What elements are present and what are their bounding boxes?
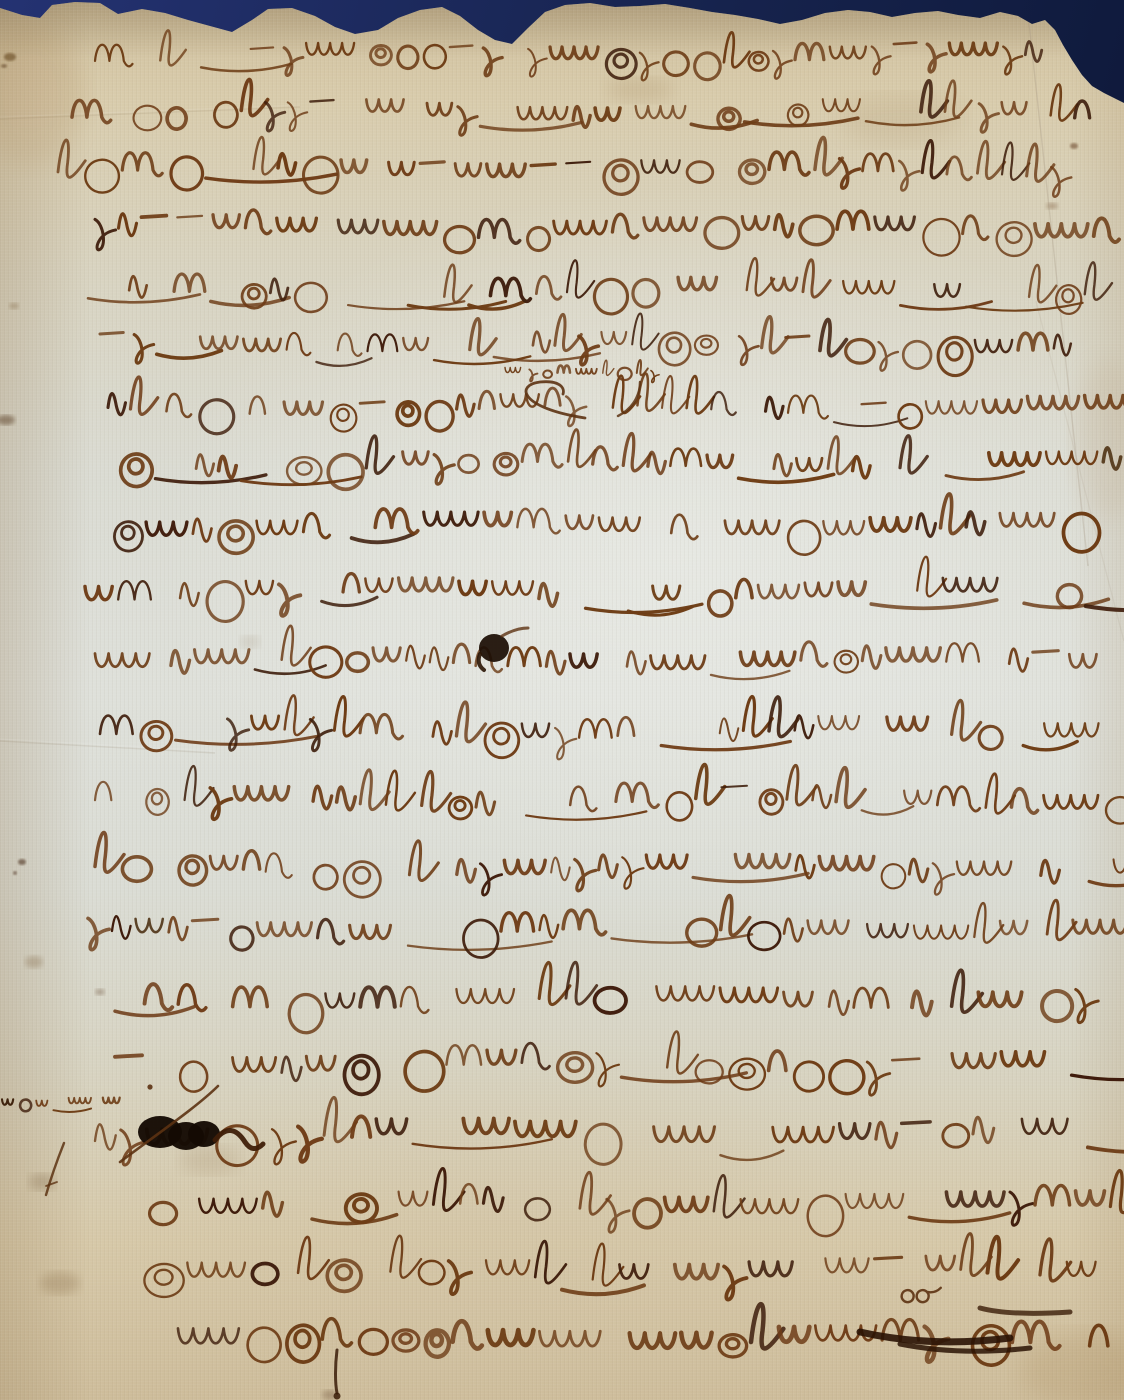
handwritten-line <box>85 557 1124 622</box>
stain-spot <box>1046 203 1058 209</box>
stain-spot <box>9 303 19 309</box>
handwritten-line <box>88 896 1124 958</box>
photo-backdrop <box>0 0 1124 1400</box>
ink-mark-stroke <box>502 628 528 636</box>
ink-mark-stroke <box>526 382 585 418</box>
handwritten-line <box>114 494 1099 555</box>
handwritten-line <box>95 210 1119 256</box>
handwritten-line <box>115 1031 1124 1095</box>
handwritten-line <box>144 1234 1095 1300</box>
stain-spot <box>840 95 960 145</box>
handwritten-line <box>95 832 1124 897</box>
left-margin-annotation <box>2 1098 120 1112</box>
stain-spot <box>0 415 15 425</box>
handwritten-line <box>115 962 1098 1033</box>
handwritten-line <box>121 429 1121 489</box>
handwritten-line <box>88 258 1112 314</box>
stain-spot <box>40 1272 80 1294</box>
ink-mark-stroke <box>336 1350 338 1393</box>
stain-spot <box>13 871 17 875</box>
stain-spot <box>240 636 260 648</box>
handwriting-ink-layer <box>0 0 1124 1400</box>
handwritten-line <box>100 695 1099 759</box>
margin-note-dot <box>147 1084 152 1089</box>
handwritten-line <box>95 626 1096 679</box>
handwritten-text-block <box>2 30 1124 1365</box>
black-ink-blot <box>188 1121 220 1147</box>
stain-spot <box>18 859 26 865</box>
stain-spot <box>25 956 43 968</box>
crease-shadow <box>0 741 215 753</box>
handwritten-line <box>95 30 1042 80</box>
stain-spot <box>180 1146 240 1174</box>
ink-drip-dot <box>334 1393 341 1400</box>
manuscript-page <box>0 0 1124 1400</box>
stain-spot <box>1070 143 1078 149</box>
ink-mark-stroke <box>902 1288 941 1302</box>
handwritten-line <box>150 1168 1124 1236</box>
handwritten-line <box>100 313 1071 375</box>
handwritten-line <box>108 373 1124 433</box>
ink-mark-stroke <box>46 1143 64 1195</box>
handwritten-line <box>178 1304 1108 1365</box>
ink-blots-and-marks <box>46 382 1070 1400</box>
dark-ink-blot <box>479 634 509 662</box>
handwritten-line <box>95 764 1124 823</box>
handwritten-line <box>58 137 1071 197</box>
stain-spot <box>95 989 105 995</box>
ink-mark-stroke <box>980 1308 1070 1313</box>
stain-spot <box>606 78 674 102</box>
handwritten-line <box>95 1097 1124 1165</box>
stain-spot <box>0 25 85 165</box>
